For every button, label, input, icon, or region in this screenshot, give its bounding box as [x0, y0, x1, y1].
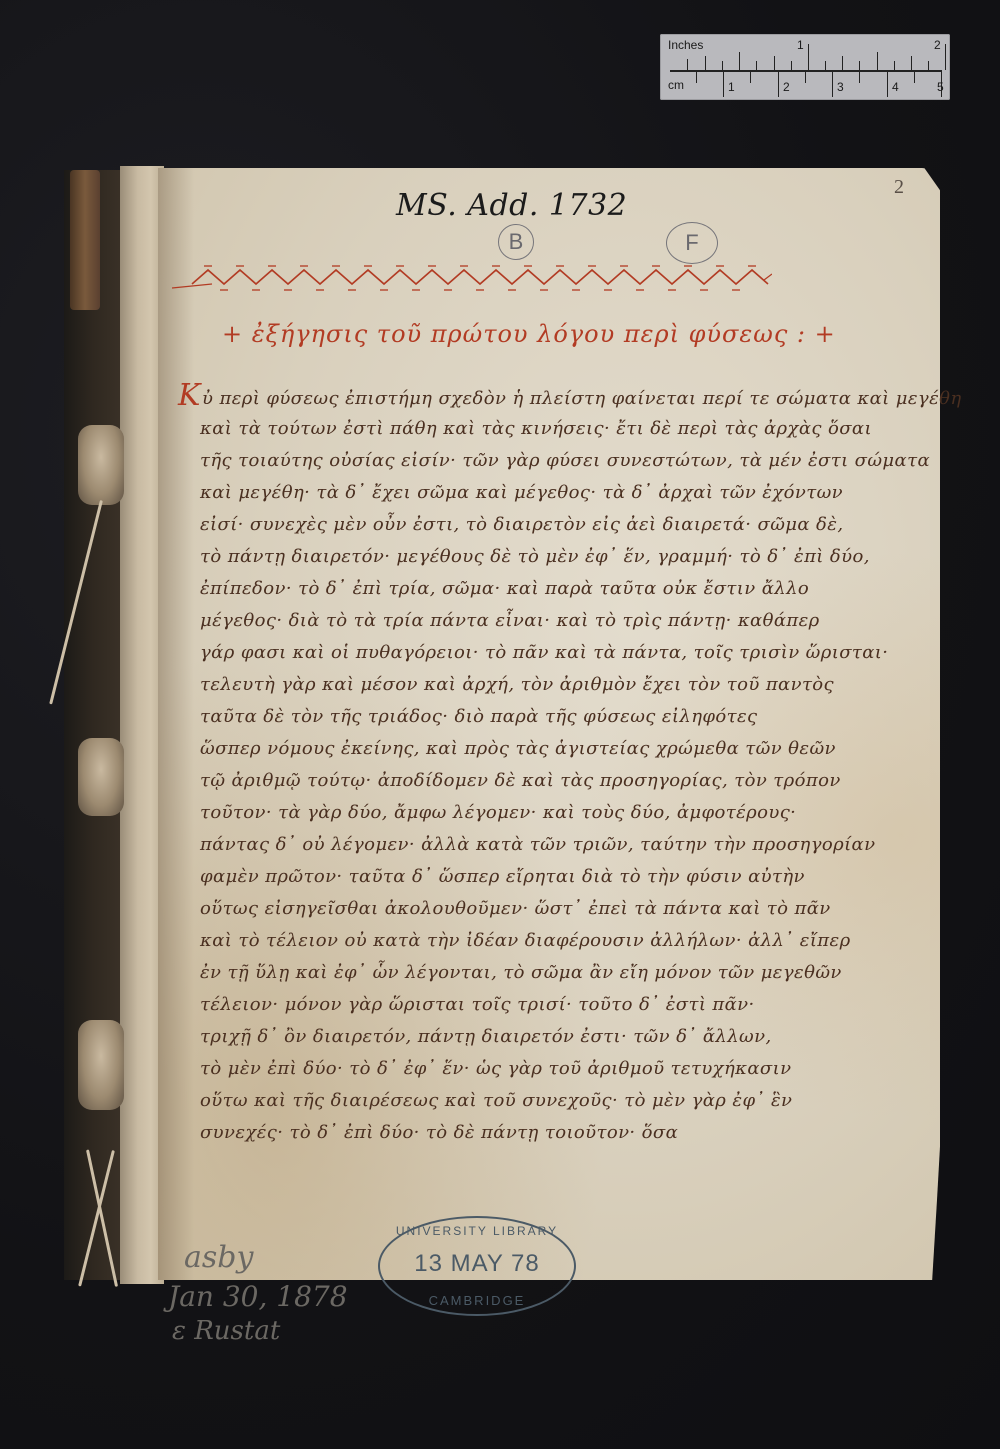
folio-number: 2 — [894, 176, 904, 199]
scale-inch-2: 2 — [934, 38, 941, 52]
pencil-note-line-3: ε Rustat — [172, 1316, 280, 1346]
scale-cm-5: 5 — [937, 80, 944, 94]
scale-cm-label: cm — [668, 78, 684, 92]
pencil-note-line-2: Jan 30, 1878 — [168, 1280, 348, 1313]
shelfmark: MS. Add. 1732 — [396, 188, 627, 223]
text-line: γάρ φασι καὶ οἱ πυθαγόρειοι· τὸ πᾶν καὶ … — [200, 642, 888, 663]
pencil-note-line-1: asby — [184, 1240, 253, 1275]
text-line: τέλειον· μόνον γὰρ ὥρισται τοῖς τρισί· τ… — [200, 994, 755, 1015]
measurement-scale: Inches cm 1 2 1 2 3 4 5 — [660, 34, 950, 100]
text-line: καὶ τὰ τούτων ἐστὶ πάθη καὶ τὰς κινήσεις… — [200, 418, 872, 439]
text-line: πάντας δ᾽ οὐ λέγομεν· ἀλλὰ κατὰ τῶν τριῶ… — [200, 834, 875, 855]
text-line: τῆς τοιαύτης οὐσίας εἰσίν· τῶν γὰρ φύσει… — [200, 450, 930, 471]
text-line: οὕτω καὶ τῆς διαιρέσεως καὶ τοῦ συνεχοῦς… — [200, 1090, 792, 1111]
binding-tie — [78, 1020, 124, 1110]
text-line: εἰσί· συνεχὲς μὲν οὖν ἐστι, τὸ διαιρετὸν… — [200, 514, 843, 535]
text-line: τοῦτον· τὰ γὰρ δύο, ἄμφω λέγομεν· καὶ το… — [200, 802, 796, 823]
stamp-date: 13 MAY 78 — [380, 1250, 574, 1278]
scale-cm-3: 3 — [837, 80, 844, 94]
text-line: οὕτως εἰσηγεῖσθαι ἀκολουθοῦμεν· ὥστ᾽ ἐπε… — [200, 898, 831, 919]
leather-fragment — [70, 170, 100, 310]
library-accession-stamp: UNIVERSITY LIBRARY 13 MAY 78 CAMBRIDGE — [378, 1216, 576, 1316]
text-line: τριχῇ δ᾽ ὂν διαιρετόν, πάντῃ διαιρετόν ἐ… — [200, 1026, 772, 1047]
stamp-bottom-text: CAMBRIDGE — [380, 1293, 574, 1308]
stamp-top-text: UNIVERSITY LIBRARY — [380, 1224, 574, 1238]
scale-cm-2: 2 — [783, 80, 790, 94]
text-line: ὐ περὶ φύσεως ἐπιστήμη σχεδὸν ἡ πλείστη … — [202, 388, 962, 409]
circled-mark-b: B — [498, 224, 534, 260]
rubric-title: + ἐξήγησις τοῦ πρώτου λόγου περὶ φύσεως … — [222, 320, 836, 348]
scale-inches-label: Inches — [668, 38, 703, 52]
scale-cm-1: 1 — [728, 80, 735, 94]
text-line: ταῦτα δὲ τὸν τῆς τριάδος· διὸ παρὰ τῆς φ… — [200, 706, 758, 727]
text-line: συνεχές· τὸ δ᾽ ἐπὶ δύο· τὸ δὲ πάντῃ τοιο… — [200, 1122, 678, 1143]
text-line: τελευτὴ γὰρ καὶ μέσον καὶ ἀρχή, τὸν ἀριθ… — [200, 674, 834, 695]
text-line: καὶ μεγέθη· τὰ δ᾽ ἔχει σῶμα καὶ μέγεθος·… — [200, 482, 843, 503]
initial-letter: Κ — [178, 378, 200, 413]
text-line: φαμὲν πρῶτον· ταῦτα δ᾽ ὥσπερ εἴρηται διὰ… — [200, 866, 805, 887]
page-gutter-shadow — [158, 168, 194, 1280]
text-line: καὶ τὸ τέλειον οὐ κατὰ τὴν ἰδέαν διαφέρο… — [200, 930, 851, 951]
scale-inch-1: 1 — [797, 38, 804, 52]
scale-cm-4: 4 — [892, 80, 899, 94]
text-line: ὥσπερ νόμους ἐκείνης, καὶ πρὸς τὰς ἁγιστ… — [200, 738, 836, 759]
text-line: τὸ μὲν ἐπὶ δύο· τὸ δ᾽ ἐφ᾽ ἕν· ὡς γὰρ τοῦ… — [200, 1058, 791, 1079]
text-line: μέγεθος· διὰ τὸ τὰ τρία πάντα εἶναι· καὶ… — [200, 610, 820, 631]
binding-tie — [78, 425, 124, 505]
binding-tie — [78, 738, 124, 816]
text-line: τῷ ἀριθμῷ τούτῳ· ἀποδίδομεν δὲ καὶ τὰς π… — [200, 770, 841, 791]
text-line: ἐν τῇ ὕλῃ καὶ ἐφ᾽ ὧν λέγονται, τὸ σῶμα ἂ… — [200, 962, 842, 983]
circled-mark-f: F — [666, 222, 718, 264]
decorative-headpiece-border — [172, 262, 772, 296]
text-line: ἐπίπεδον· τὸ δ᾽ ἐπὶ τρία, σῶμα· καὶ παρὰ… — [200, 578, 809, 599]
text-line: τὸ πάντῃ διαιρετόν· μεγέθους δὲ τὸ μὲν ἐ… — [200, 546, 870, 567]
